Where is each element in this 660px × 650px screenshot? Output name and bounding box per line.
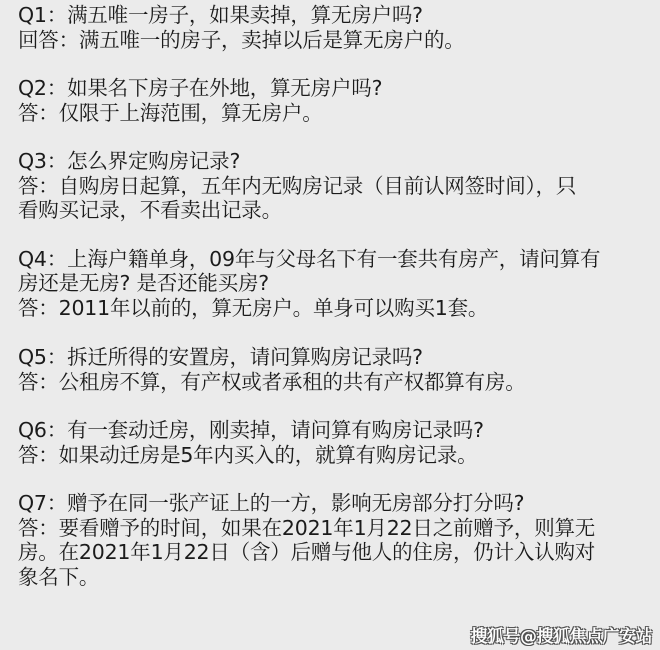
question-1: Q1：满五唯一房子，如果卖掉，算无房户吗? xyxy=(18,3,648,28)
question-3: Q3：怎么界定购房记录? xyxy=(18,149,648,174)
answer-5: 答：公租房不算，有产权或者承租的共有产权都算有房。 xyxy=(18,370,648,395)
question-5: Q5：拆迁所得的安置房，请问算购房记录吗? xyxy=(18,345,648,370)
question-2: Q2：如果名下房子在外地，算无房户吗? xyxy=(18,76,648,101)
answer-2: 答：仅限于上海范围，算无房户。 xyxy=(18,101,648,126)
answer-7-line-3: 象名下。 xyxy=(18,565,648,590)
answer-3-line-1: 答：自购房日起算，五年内无购房记录（目前认网签时间），只 xyxy=(18,174,648,199)
qa-item-6: Q6：有一套动迁房，刚卖掉，请问算有购房记录吗? 答：如果动迁房是5年内买入的，… xyxy=(18,418,648,467)
qa-item-3: Q3：怎么界定购房记录? 答：自购房日起算，五年内无购房记录（目前认网签时间），… xyxy=(18,149,648,223)
qa-item-5: Q5：拆迁所得的安置房，请问算购房记录吗? 答：公租房不算，有产权或者承租的共有… xyxy=(18,345,648,394)
answer-7-line-2: 房。在2021年1月22日（含）后赠与他人的住房，仍计入认购对 xyxy=(18,540,648,565)
answer-4: 答：2011年以前的，算无房户。单身可以购买1套。 xyxy=(18,296,648,321)
answer-3-line-2: 看购买记录，不看卖出记录。 xyxy=(18,198,648,223)
answer-6: 答：如果动迁房是5年内买入的，就算有购房记录。 xyxy=(18,443,648,468)
question-4-line-2: 房还是无房? 是否还能买房? xyxy=(18,271,648,296)
watermark: 搜狐号@搜狐焦点广安站 xyxy=(471,622,653,647)
question-7: Q7：赠予在同一张产证上的一方，影响无房部分打分吗? xyxy=(18,491,648,516)
faq-document: Q1：满五唯一房子，如果卖掉，算无房户吗? 回答：满五唯一的房子，卖掉以后是算无… xyxy=(18,3,648,613)
qa-item-4: Q4：上海户籍单身，09年与父母名下有一套共有房产，请问算有 房还是无房? 是否… xyxy=(18,247,648,321)
qa-item-2: Q2：如果名下房子在外地，算无房户吗? 答：仅限于上海范围，算无房户。 xyxy=(18,76,648,125)
question-4-line-1: Q4：上海户籍单身，09年与父母名下有一套共有房产，请问算有 xyxy=(18,247,648,272)
qa-item-7: Q7：赠予在同一张产证上的一方，影响无房部分打分吗? 答：要看赠予的时间，如果在… xyxy=(18,491,648,589)
qa-item-1: Q1：满五唯一房子，如果卖掉，算无房户吗? 回答：满五唯一的房子，卖掉以后是算无… xyxy=(18,3,648,52)
answer-1: 回答：满五唯一的房子，卖掉以后是算无房户的。 xyxy=(18,28,648,53)
answer-7-line-1: 答：要看赠予的时间，如果在2021年1月22日之前赠予，则算无 xyxy=(18,516,648,541)
question-6: Q6：有一套动迁房，刚卖掉，请问算有购房记录吗? xyxy=(18,418,648,443)
